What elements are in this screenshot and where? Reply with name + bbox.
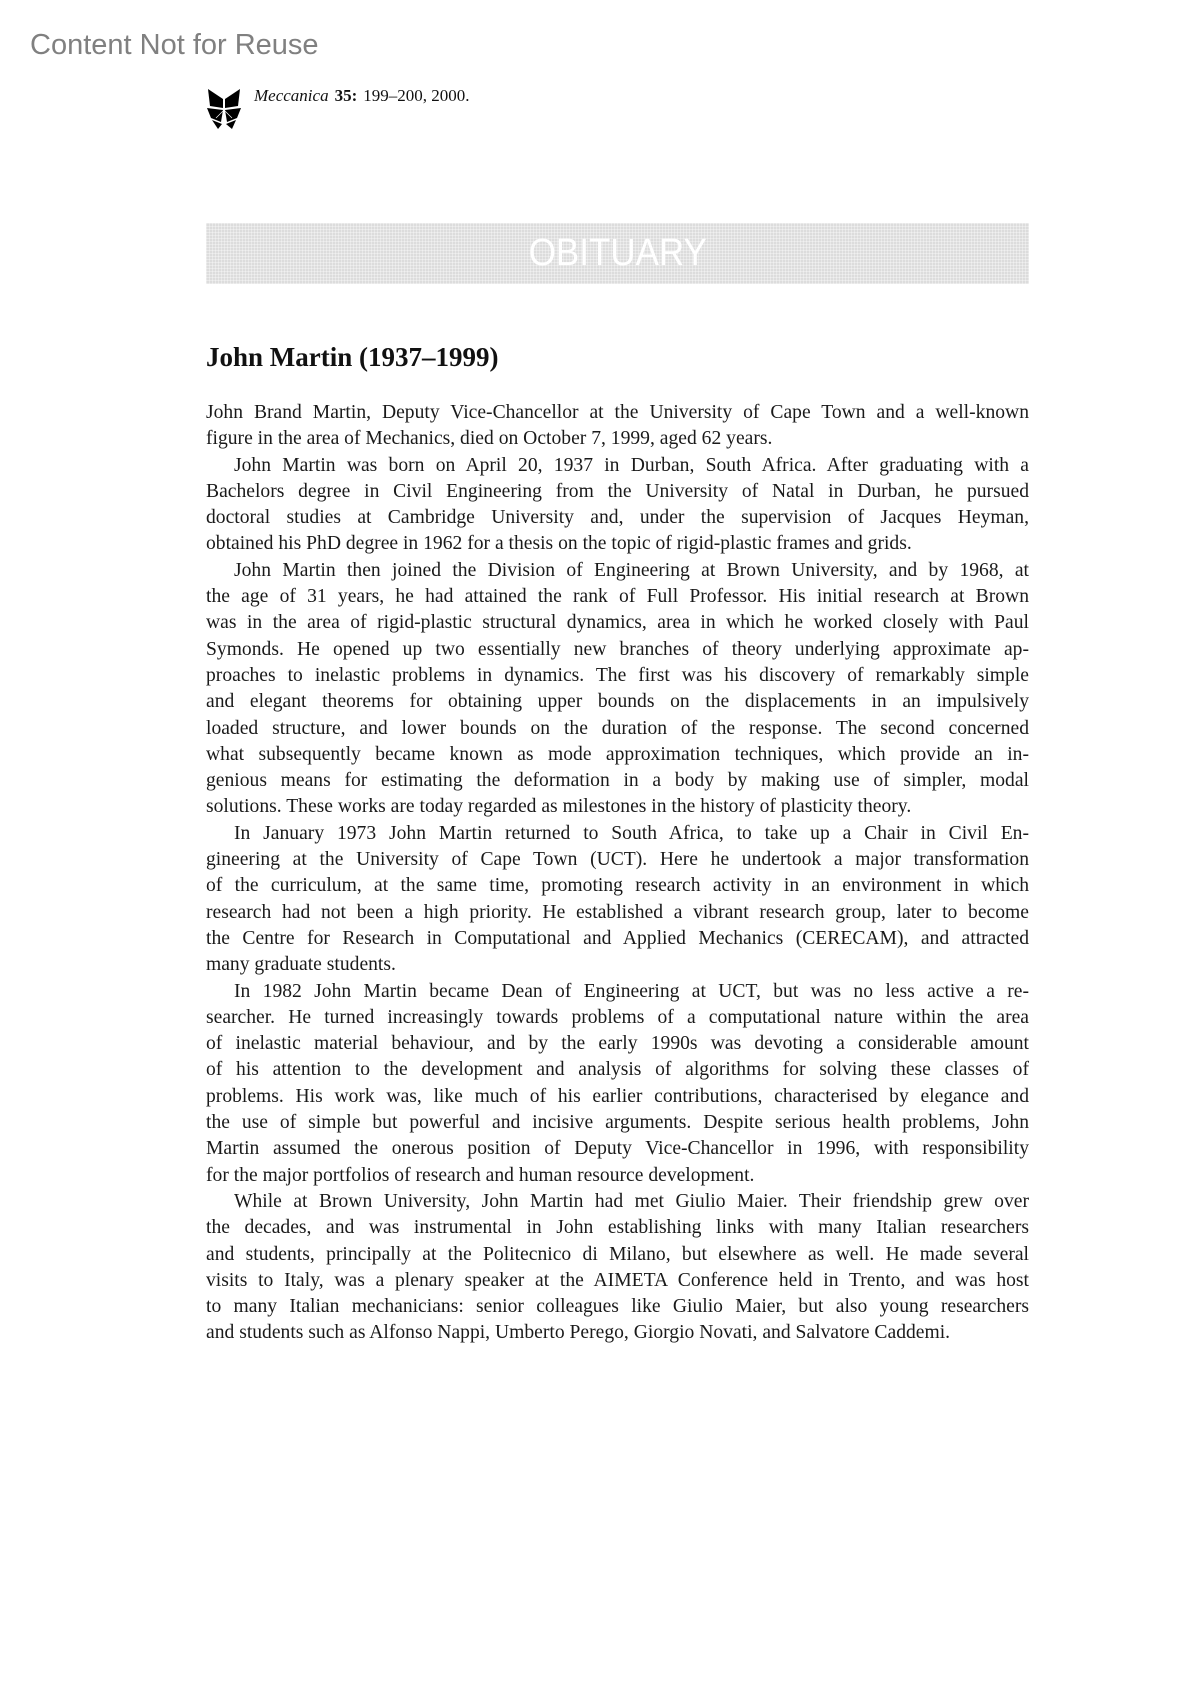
article-paragraph: In January 1973 John Martin returned to … [206,821,1029,979]
paragraph-line: While at Brown University, John Martin h… [206,1189,1029,1215]
journal-header: Meccanica35:199–200, 2000. [206,86,470,130]
article-paragraph: While at Brown University, John Martin h… [206,1189,1029,1347]
paragraph-line: searcher. He turned increasingly towards… [206,1005,1029,1031]
paragraph-line: John Martin then joined the Division of … [206,558,1029,584]
article-paragraph: John Martin was born on April 20, 1937 i… [206,453,1029,558]
journal-citation: Meccanica35:199–200, 2000. [254,86,470,106]
paragraph-line: of inelastic material behaviour, and by … [206,1031,1029,1057]
paragraph-line: Martin assumed the onerous position of D… [206,1136,1029,1162]
paragraph-line: and students, principally at the Politec… [206,1242,1029,1268]
article-title: John Martin (1937–1999) [206,342,499,373]
paragraph-line: the Centre for Research in Computational… [206,926,1029,952]
paragraph-line: problems. His work was, like much of his… [206,1084,1029,1110]
paragraph-line: the age of 31 years, he had attained the… [206,584,1029,610]
article-body: John Brand Martin, Deputy Vice-Chancello… [206,400,1029,1347]
paragraph-line: and elegant theorems for obtaining upper… [206,689,1029,715]
paragraph-line: solutions. These works are today regarde… [206,794,1029,820]
paragraph-line: of the curriculum, at the same time, pro… [206,873,1029,899]
banner-label: OBITUARY [528,232,706,275]
article-paragraph: John Brand Martin, Deputy Vice-Chancello… [206,400,1029,453]
article-paragraph: In 1982 John Martin became Dean of Engin… [206,979,1029,1189]
paragraph-line: the use of simple but powerful and incis… [206,1110,1029,1136]
paragraph-line: proaches to inelastic problems in dynami… [206,663,1029,689]
paragraph-line: visits to Italy, was a plenary speaker a… [206,1268,1029,1294]
paragraph-line: the decades, and was instrumental in Joh… [206,1215,1029,1241]
paragraph-line: research had not been a high priority. H… [206,900,1029,926]
journal-volume: 35: [335,86,358,105]
paragraph-line: John Martin was born on April 20, 1937 i… [206,453,1029,479]
paragraph-line: was in the area of rigid-plastic structu… [206,610,1029,636]
paragraph-line: and students such as Alfonso Nappi, Umbe… [206,1320,1029,1346]
paragraph-line: genious means for estimating the deforma… [206,768,1029,794]
journal-pages-year: 199–200, 2000. [363,86,469,105]
journal-name: Meccanica [254,86,329,105]
paragraph-line: what subsequently became known as mode a… [206,742,1029,768]
paragraph-line: obtained his PhD degree in 1962 for a th… [206,531,1029,557]
paragraph-line: many graduate students. [206,952,1029,978]
paragraph-line: of his attention to the development and … [206,1057,1029,1083]
paragraph-line: Bachelors degree in Civil Engineering fr… [206,479,1029,505]
watermark-text: Content Not for Reuse [30,29,319,62]
paragraph-line: gineering at the University of Cape Town… [206,847,1029,873]
paragraph-line: for the major portfolios of research and… [206,1163,1029,1189]
paragraph-line: In January 1973 John Martin returned to … [206,821,1029,847]
springer-kluwer-logo-icon [206,86,242,130]
article-paragraph: John Martin then joined the Division of … [206,558,1029,821]
paragraph-line: In 1982 John Martin became Dean of Engin… [206,979,1029,1005]
paragraph-line: loaded structure, and lower bounds on th… [206,716,1029,742]
paragraph-line: Symonds. He opened up two essentially ne… [206,637,1029,663]
paragraph-line: figure in the area of Mechanics, died on… [206,426,1029,452]
section-banner: OBITUARY [206,223,1029,284]
paragraph-line: to many Italian mechanicians: senior col… [206,1294,1029,1320]
paragraph-line: doctoral studies at Cambridge University… [206,505,1029,531]
paragraph-line: John Brand Martin, Deputy Vice-Chancello… [206,400,1029,426]
